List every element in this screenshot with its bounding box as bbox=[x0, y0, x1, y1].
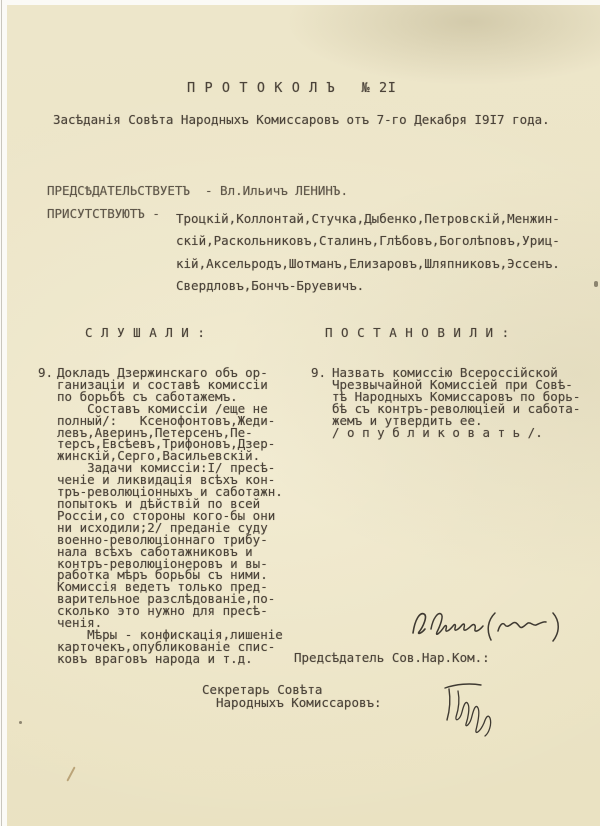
heard-item-number: 9. bbox=[38, 367, 53, 379]
chairman-value: - Вл.Ильичъ ЛЕНИНЪ. bbox=[205, 183, 348, 198]
text-line: ковъ враговъ народа и т.д. bbox=[57, 653, 283, 665]
text-line: / о п у б л и к о в а т ь /. bbox=[332, 427, 580, 439]
secretary-label-line2: Народныхъ Комиссаровъ: bbox=[216, 697, 382, 709]
secretary-signature-autograph bbox=[438, 678, 518, 738]
text-line: Троцкій,Коллонтай,Стучка,Дыбенко,Петровс… bbox=[176, 208, 560, 230]
resolved-column-header: П О С Т А Н О В И Л И : bbox=[325, 327, 510, 339]
text-line: скій,Раскольниковъ,Сталинъ,Глѣбовъ,Богол… bbox=[176, 230, 560, 252]
heard-column-header: С Л У Ш А Л И : bbox=[85, 327, 205, 339]
attendees-list: Троцкій,Коллонтай,Стучка,Дыбенко,Петровс… bbox=[176, 208, 560, 297]
paper-speck bbox=[19, 721, 22, 724]
attendees-label: ПРИСУТСТВУЮТЪ - bbox=[47, 208, 160, 220]
page-subtitle: Засѣданія Совѣта Народныхъ Комиссаровъ о… bbox=[53, 114, 550, 126]
scan-edge-line bbox=[1, 0, 2, 826]
resolved-item-number: 9. bbox=[311, 367, 326, 379]
page-title: П Р О Т О К О Л Ъ № 2I bbox=[187, 83, 396, 95]
heard-item-text: Докладъ Дзержинскаго объ ор-ганизаціи и … bbox=[57, 367, 283, 665]
lenin-signature-autograph bbox=[405, 603, 570, 647]
scanned-protocol-page: { "document": { "title": "П Р О Т О К О … bbox=[0, 0, 600, 826]
chairman-label: ПРЕДСѢДАТЕЛЬСТВУЕТЪ bbox=[47, 183, 190, 198]
text-line: кій,Аксельродъ,Шотманъ,Елизаровъ,Шляпник… bbox=[176, 253, 560, 275]
chairman-signature-label: Предсѣдатель Сов.Нар.Ком.: bbox=[294, 652, 490, 664]
resolved-item-text: Назвать комиссію ВсероссійскойЧрезвычайн… bbox=[332, 367, 580, 438]
text-line: Свердловъ,Бончъ-Бруевичъ. bbox=[176, 275, 560, 297]
paper-speck bbox=[594, 281, 598, 287]
chairman-line: ПРЕДСѢДАТЕЛЬСТВУЕТЪ- Вл.Ильичъ ЛЕНИНЪ. bbox=[47, 185, 348, 197]
